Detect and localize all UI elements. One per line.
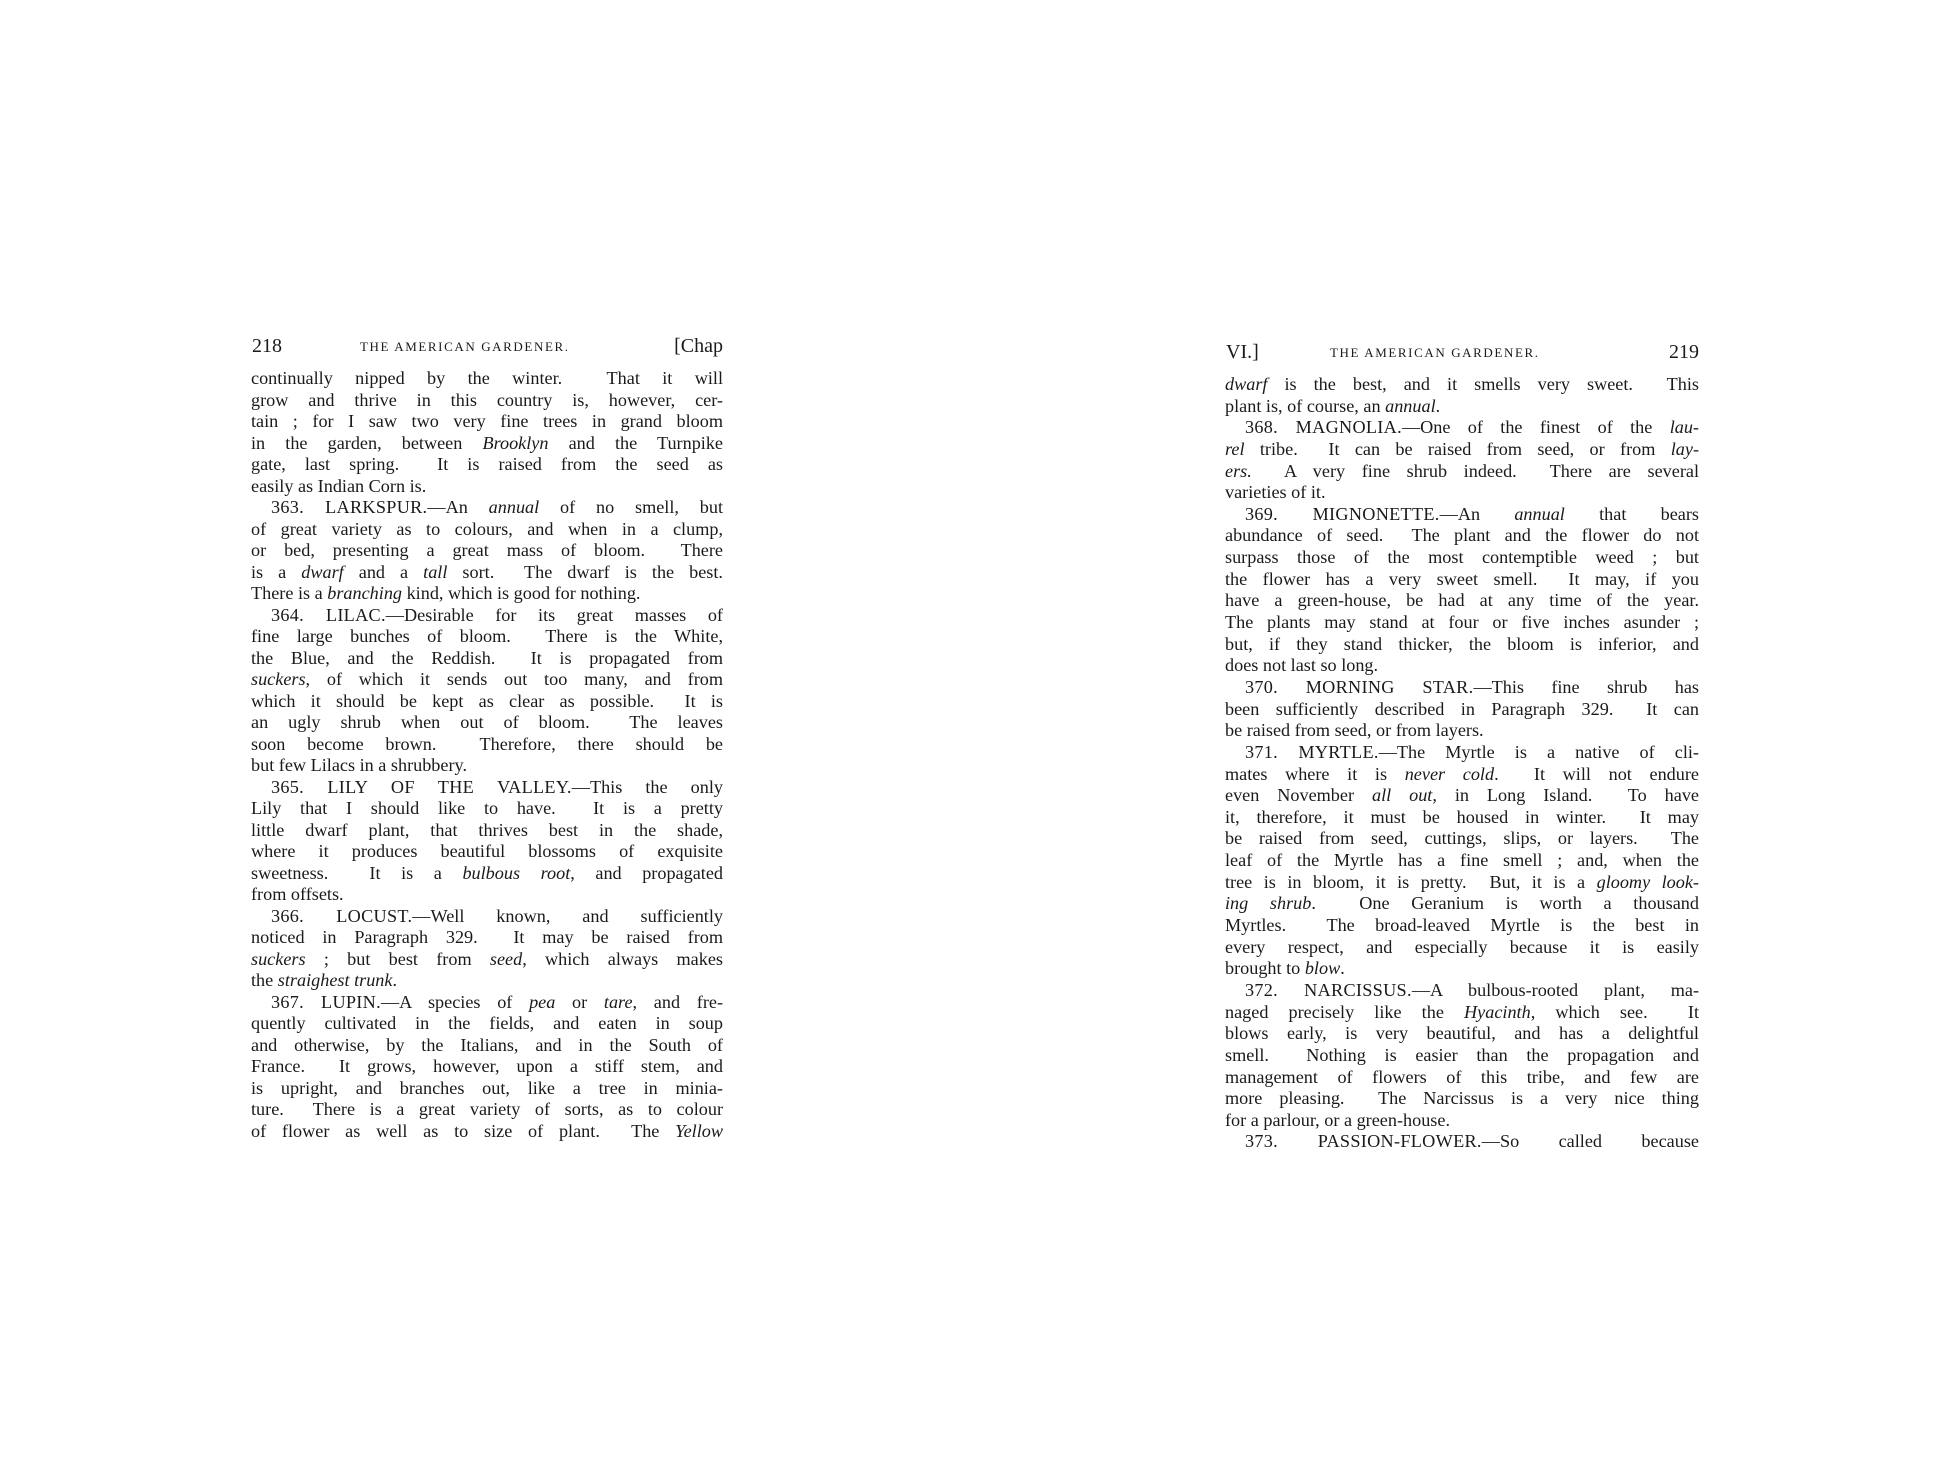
body-text: —An [427, 497, 488, 517]
body-text: kind, which is good for nothing. [402, 583, 640, 603]
italic-text: annual [1385, 396, 1436, 416]
body-text: it, therefore, it must be housed in wint… [1225, 807, 1699, 827]
italic-text: Hyacinth [1464, 1002, 1531, 1022]
entry-heading: 369. MIGNONETTE. [1245, 504, 1440, 524]
body-text: sweetness. It is a [251, 863, 462, 883]
text-line: be raised from seed, cuttings, slips, or… [1225, 828, 1699, 850]
text-line: 364. LILAC.—Desirable for its great mass… [251, 605, 723, 627]
body-text: gate, last spring. It is raised from the… [251, 454, 723, 474]
running-header: 218 THE AMERICAN GARDENER. [Chap [251, 334, 723, 358]
entry-heading: 371. MYRTLE. [1245, 742, 1379, 762]
body-text: but few Lilacs in a shrubbery. [251, 755, 467, 775]
italic-text: suckers [251, 949, 306, 969]
body-text: . It will not endure [1494, 764, 1699, 784]
italic-text: Yellow [675, 1121, 723, 1141]
italic-text: tall [423, 562, 447, 582]
body-text: —This fine shrub has [1473, 677, 1699, 697]
body-text: , and propagated [570, 863, 723, 883]
text-line: continually nipped by the winter. That i… [251, 368, 723, 390]
body-text: leaf of the Myrtle has a fine smell ; an… [1225, 850, 1699, 870]
body-text: more pleasing. The Narcissus is a very n… [1225, 1088, 1699, 1108]
body-text: naged precisely like the [1225, 1002, 1464, 1022]
body-text: A very fine shrub indeed. There are seve… [1252, 461, 1699, 481]
body-text: which it should be kept as clear as poss… [251, 691, 723, 711]
body-text: is a [251, 562, 301, 582]
body-text: the [251, 970, 278, 990]
text-line: even November all out, in Long Island. T… [1225, 785, 1699, 807]
body-text: the Blue, and the Reddish. It is propaga… [251, 648, 723, 668]
text-line: grow and thrive in this country is, howe… [251, 390, 723, 412]
italic-text: ers. [1225, 461, 1252, 481]
italic-text: lau- [1670, 417, 1699, 437]
body-text: blows early, is very beautiful, and has … [1225, 1023, 1699, 1043]
italic-text: ing shrub [1225, 893, 1311, 913]
text-line: abundance of seed. The plant and the flo… [1225, 525, 1699, 547]
body-text: easily as Indian Corn is. [251, 476, 426, 496]
text-line: ture. There is a great variety of sorts,… [251, 1099, 723, 1121]
italic-text: lay- [1671, 439, 1699, 459]
text-line: of flower as well as to size of plant. T… [251, 1121, 723, 1143]
text-line: in the garden, between Brooklyn and the … [251, 433, 723, 455]
body-text: —Desirable for its great masses of [386, 605, 723, 625]
entry-heading: 363. LARKSPUR. [271, 497, 427, 517]
text-line: sweetness. It is a bulbous root, and pro… [251, 863, 723, 885]
text-line: the Blue, and the Reddish. It is propaga… [251, 648, 723, 670]
entry-heading: 370. MORNING STAR. [1245, 677, 1473, 697]
italic-text: suckers [251, 669, 306, 689]
italic-text: branching [327, 583, 402, 603]
text-line: it, therefore, it must be housed in wint… [1225, 807, 1699, 829]
italic-text: Brooklyn [482, 433, 548, 453]
body-text: the flower has a very sweet smell. It ma… [1225, 569, 1699, 589]
body-text: have a green-house, be had at any time o… [1225, 590, 1699, 610]
chapter-marker: [Chap [674, 334, 723, 358]
text-line: France. It grows, however, upon a stiff … [251, 1056, 723, 1078]
body-text: surpass those of the most contemptible w… [1225, 547, 1699, 567]
left-page: 218 THE AMERICAN GARDENER. [Chap continu… [251, 334, 723, 1142]
body-text: France. It grows, however, upon a stiff … [251, 1056, 723, 1076]
text-line: 366. LOCUST.—Well known, and sufficientl… [251, 906, 723, 928]
body-text: of flower as well as to size of plant. T… [251, 1121, 675, 1141]
body-text: —One of the finest of the [1402, 417, 1670, 437]
body-text: grow and thrive in this country is, howe… [251, 390, 723, 410]
text-line: 365. LILY OF THE VALLEY.—This the only [251, 777, 723, 799]
body-text: —The Myrtle is a native of cli- [1379, 742, 1699, 762]
text-line: more pleasing. The Narcissus is a very n… [1225, 1088, 1699, 1110]
entry-heading: 373. PASSION-FLOWER. [1245, 1131, 1482, 1151]
body-text: where it produces beautiful blossoms of … [251, 841, 723, 861]
body-text: varieties of it. [1225, 482, 1326, 502]
body-text: every respect, and especially because it… [1225, 937, 1699, 957]
entry-heading: 367. LUPIN. [271, 992, 381, 1012]
body-text: in the garden, between [251, 433, 482, 453]
text-line: brought to blow. [1225, 958, 1699, 980]
body-text: and a [344, 562, 423, 582]
text-line: is upright, and branches out, like a tre… [251, 1078, 723, 1100]
body-text: be raised from seed, or from layers. [1225, 720, 1484, 740]
body-text: or [555, 992, 604, 1012]
body-text: . [1436, 396, 1441, 416]
body-text: of great variety as to colours, and when… [251, 519, 723, 539]
body-text: —Well known, and sufficiently [412, 906, 723, 926]
text-line: leaf of the Myrtle has a fine smell ; an… [1225, 850, 1699, 872]
text-line: which it should be kept as clear as poss… [251, 691, 723, 713]
italic-text: annual [489, 497, 540, 517]
text-line: an ugly shrub when out of bloom. The lea… [251, 712, 723, 734]
text-line: 363. LARKSPUR.—An annual of no smell, bu… [251, 497, 723, 519]
body-text: be raised from seed, cuttings, slips, or… [1225, 828, 1699, 848]
body-text: does not last so long. [1225, 655, 1378, 675]
text-line: the flower has a very sweet smell. It ma… [1225, 569, 1699, 591]
text-line: of great variety as to colours, and when… [251, 519, 723, 541]
body-text: quently cultivated in the fields, and ea… [251, 1013, 723, 1033]
body-text: ; but best from [306, 949, 490, 969]
body-text: an ugly shrub when out of bloom. The lea… [251, 712, 723, 732]
text-line: gate, last spring. It is raised from the… [251, 454, 723, 476]
entry-heading: 364. LILAC. [271, 605, 386, 625]
italic-text: rel [1225, 439, 1245, 459]
entry-heading: 372. NARCISSUS. [1245, 980, 1412, 1000]
text-line: but, if they stand thicker, the bloom is… [1225, 634, 1699, 656]
page-number: 218 [252, 334, 282, 358]
text-line: 371. MYRTLE.—The Myrtle is a native of c… [1225, 742, 1699, 764]
body-text: —A species of [381, 992, 529, 1012]
text-line: 372. NARCISSUS.—A bulbous-rooted plant, … [1225, 980, 1699, 1002]
italic-text: tare [604, 992, 633, 1012]
entry-heading: 365. LILY OF THE VALLEY. [271, 777, 572, 797]
text-line: and otherwise, by the Italians, and in t… [251, 1035, 723, 1057]
running-title: THE AMERICAN GARDENER. [1330, 341, 1540, 365]
text-line: rel tribe. It can be raised from seed, o… [1225, 439, 1699, 461]
text-line: mates where it is never cold. It will no… [1225, 764, 1699, 786]
italic-text: blow [1305, 958, 1340, 978]
body-text: fine large bunches of bloom. There is th… [251, 626, 723, 646]
body-text: little dwarf plant, that thrives best in… [251, 820, 723, 840]
body-text: is the best, and it smells very sweet. T… [1267, 374, 1699, 394]
text-line: easily as Indian Corn is. [251, 476, 723, 498]
text-line: Lily that I should like to have. It is a… [251, 798, 723, 820]
text-line: plant is, of course, an annual. [1225, 396, 1699, 418]
body-text: —So called because [1482, 1131, 1699, 1151]
body-text: of no smell, but [539, 497, 723, 517]
body-text: , in Long Island. To have [1432, 785, 1699, 805]
body-text: There is a [251, 583, 327, 603]
text-line: tree is in bloom, it is pretty. But, it … [1225, 872, 1699, 894]
body-text: tree is in bloom, it is pretty. But, it … [1225, 872, 1597, 892]
body-text: plant is, of course, an [1225, 396, 1385, 416]
text-line: or bed, presenting a great mass of bloom… [251, 540, 723, 562]
text-line: smell. Nothing is easier than the propag… [1225, 1045, 1699, 1067]
text-line: fine large bunches of bloom. There is th… [251, 626, 723, 648]
text-line: There is a branching kind, which is good… [251, 583, 723, 605]
running-title: THE AMERICAN GARDENER. [360, 335, 570, 359]
page-body-text: continually nipped by the winter. That i… [251, 368, 723, 1142]
text-line: surpass those of the most contemptible w… [1225, 547, 1699, 569]
italic-text: pea [529, 992, 555, 1012]
body-text: and otherwise, by the Italians, and in t… [251, 1035, 723, 1055]
body-text: or bed, presenting a great mass of bloom… [251, 540, 723, 560]
text-line: soon become brown. Therefore, there shou… [251, 734, 723, 756]
italic-text: annual [1514, 504, 1565, 524]
text-line: naged precisely like the Hyacinth, which… [1225, 1002, 1699, 1024]
text-line: dwarf is the best, and it smells very sw… [1225, 374, 1699, 396]
text-line: been sufficiently described in Paragraph… [1225, 699, 1699, 721]
right-page: VI.] THE AMERICAN GARDENER. 219 dwarf is… [1225, 340, 1699, 1153]
text-line: suckers, of which it sends out too many,… [251, 669, 723, 691]
text-line: suckers ; but best from seed, which alwa… [251, 949, 723, 971]
chapter-marker: VI.] [1226, 340, 1259, 364]
italic-text: dwarf [301, 562, 343, 582]
body-text: but, if they stand thicker, the bloom is… [1225, 634, 1699, 654]
body-text: ture. There is a great variety of sorts,… [251, 1099, 723, 1119]
text-line: The plants may stand at four or five inc… [1225, 612, 1699, 634]
text-line: blows early, is very beautiful, and has … [1225, 1023, 1699, 1045]
text-line: ing shrub. One Geranium is worth a thous… [1225, 893, 1699, 915]
body-text: for a parlour, or a green-house. [1225, 1110, 1450, 1130]
entry-heading: 368. MAGNOLIA. [1245, 417, 1402, 437]
text-line: where it produces beautiful blossoms of … [251, 841, 723, 863]
body-text: tain ; for I saw two very fine trees in … [251, 411, 723, 431]
body-text: The plants may stand at four or five inc… [1225, 612, 1699, 632]
italic-text: gloomy look- [1597, 872, 1699, 892]
page-number: 219 [1669, 340, 1699, 364]
body-text: —This the only [572, 777, 723, 797]
body-text: , which always makes [522, 949, 723, 969]
body-text: continually nipped by the winter. That i… [251, 368, 723, 388]
body-text: soon become brown. Therefore, there shou… [251, 734, 723, 754]
page-body-text: dwarf is the best, and it smells very sw… [1225, 374, 1699, 1153]
body-text: , and fre- [633, 992, 723, 1012]
italic-text: all out [1372, 785, 1432, 805]
body-text: . [392, 970, 397, 990]
text-line: does not last so long. [1225, 655, 1699, 677]
text-line: be raised from seed, or from layers. [1225, 720, 1699, 742]
body-text: and the Turnpike [548, 433, 723, 453]
italic-text: seed [490, 949, 522, 969]
text-line: management of flowers of this tribe, and… [1225, 1067, 1699, 1089]
body-text: —A bulbous-rooted plant, ma- [1412, 980, 1699, 1000]
body-text: from offsets. [251, 884, 344, 904]
italic-text: bulbous root [462, 863, 570, 883]
text-line: 373. PASSION-FLOWER.—So called because [1225, 1131, 1699, 1153]
body-text: even November [1225, 785, 1372, 805]
body-text: is upright, and branches out, like a tre… [251, 1078, 723, 1098]
text-line: but few Lilacs in a shrubbery. [251, 755, 723, 777]
italic-text: straighest trunk [278, 970, 393, 990]
body-text: tribe. It can be raised from seed, or fr… [1245, 439, 1671, 459]
body-text: management of flowers of this tribe, and… [1225, 1067, 1699, 1087]
text-line: quently cultivated in the fields, and ea… [251, 1013, 723, 1035]
text-line: every respect, and especially because it… [1225, 937, 1699, 959]
text-line: for a parlour, or a green-house. [1225, 1110, 1699, 1132]
body-text: been sufficiently described in Paragraph… [1225, 699, 1699, 719]
italic-text: never cold [1405, 764, 1494, 784]
body-text: noticed in Paragraph 329. It may be rais… [251, 927, 723, 947]
text-line: from offsets. [251, 884, 723, 906]
entry-heading: 366. LOCUST. [271, 906, 412, 926]
text-line: ers. A very fine shrub indeed. There are… [1225, 461, 1699, 483]
text-line: 367. LUPIN.—A species of pea or tare, an… [251, 992, 723, 1014]
body-text: abundance of seed. The plant and the flo… [1225, 525, 1699, 545]
body-text: Lily that I should like to have. It is a… [251, 798, 723, 818]
body-text: , of which it sends out too many, and fr… [306, 669, 723, 689]
italic-text: dwarf [1225, 374, 1267, 394]
text-line: the straighest trunk. [251, 970, 723, 992]
body-text: . [1340, 958, 1345, 978]
text-line: is a dwarf and a tall sort. The dwarf is… [251, 562, 723, 584]
text-line: have a green-house, be had at any time o… [1225, 590, 1699, 612]
body-text: brought to [1225, 958, 1305, 978]
text-line: 370. MORNING STAR.—This fine shrub has [1225, 677, 1699, 699]
text-line: varieties of it. [1225, 482, 1699, 504]
body-text: smell. Nothing is easier than the propag… [1225, 1045, 1699, 1065]
body-text: , which see. It [1531, 1002, 1699, 1022]
text-line: 369. MIGNONETTE.—An annual that bears [1225, 504, 1699, 526]
body-text: mates where it is [1225, 764, 1405, 784]
text-line: Myrtles. The broad-leaved Myrtle is the … [1225, 915, 1699, 937]
body-text: that bears [1565, 504, 1699, 524]
body-text: Myrtles. The broad-leaved Myrtle is the … [1225, 915, 1699, 935]
body-text: —An [1440, 504, 1515, 524]
text-line: tain ; for I saw two very fine trees in … [251, 411, 723, 433]
text-line: noticed in Paragraph 329. It may be rais… [251, 927, 723, 949]
text-line: 368. MAGNOLIA.—One of the finest of the … [1225, 417, 1699, 439]
body-text: . One Geranium is worth a thousand [1311, 893, 1699, 913]
body-text: sort. The dwarf is the best. [447, 562, 723, 582]
running-header: VI.] THE AMERICAN GARDENER. 219 [1225, 340, 1699, 364]
text-line: little dwarf plant, that thrives best in… [251, 820, 723, 842]
